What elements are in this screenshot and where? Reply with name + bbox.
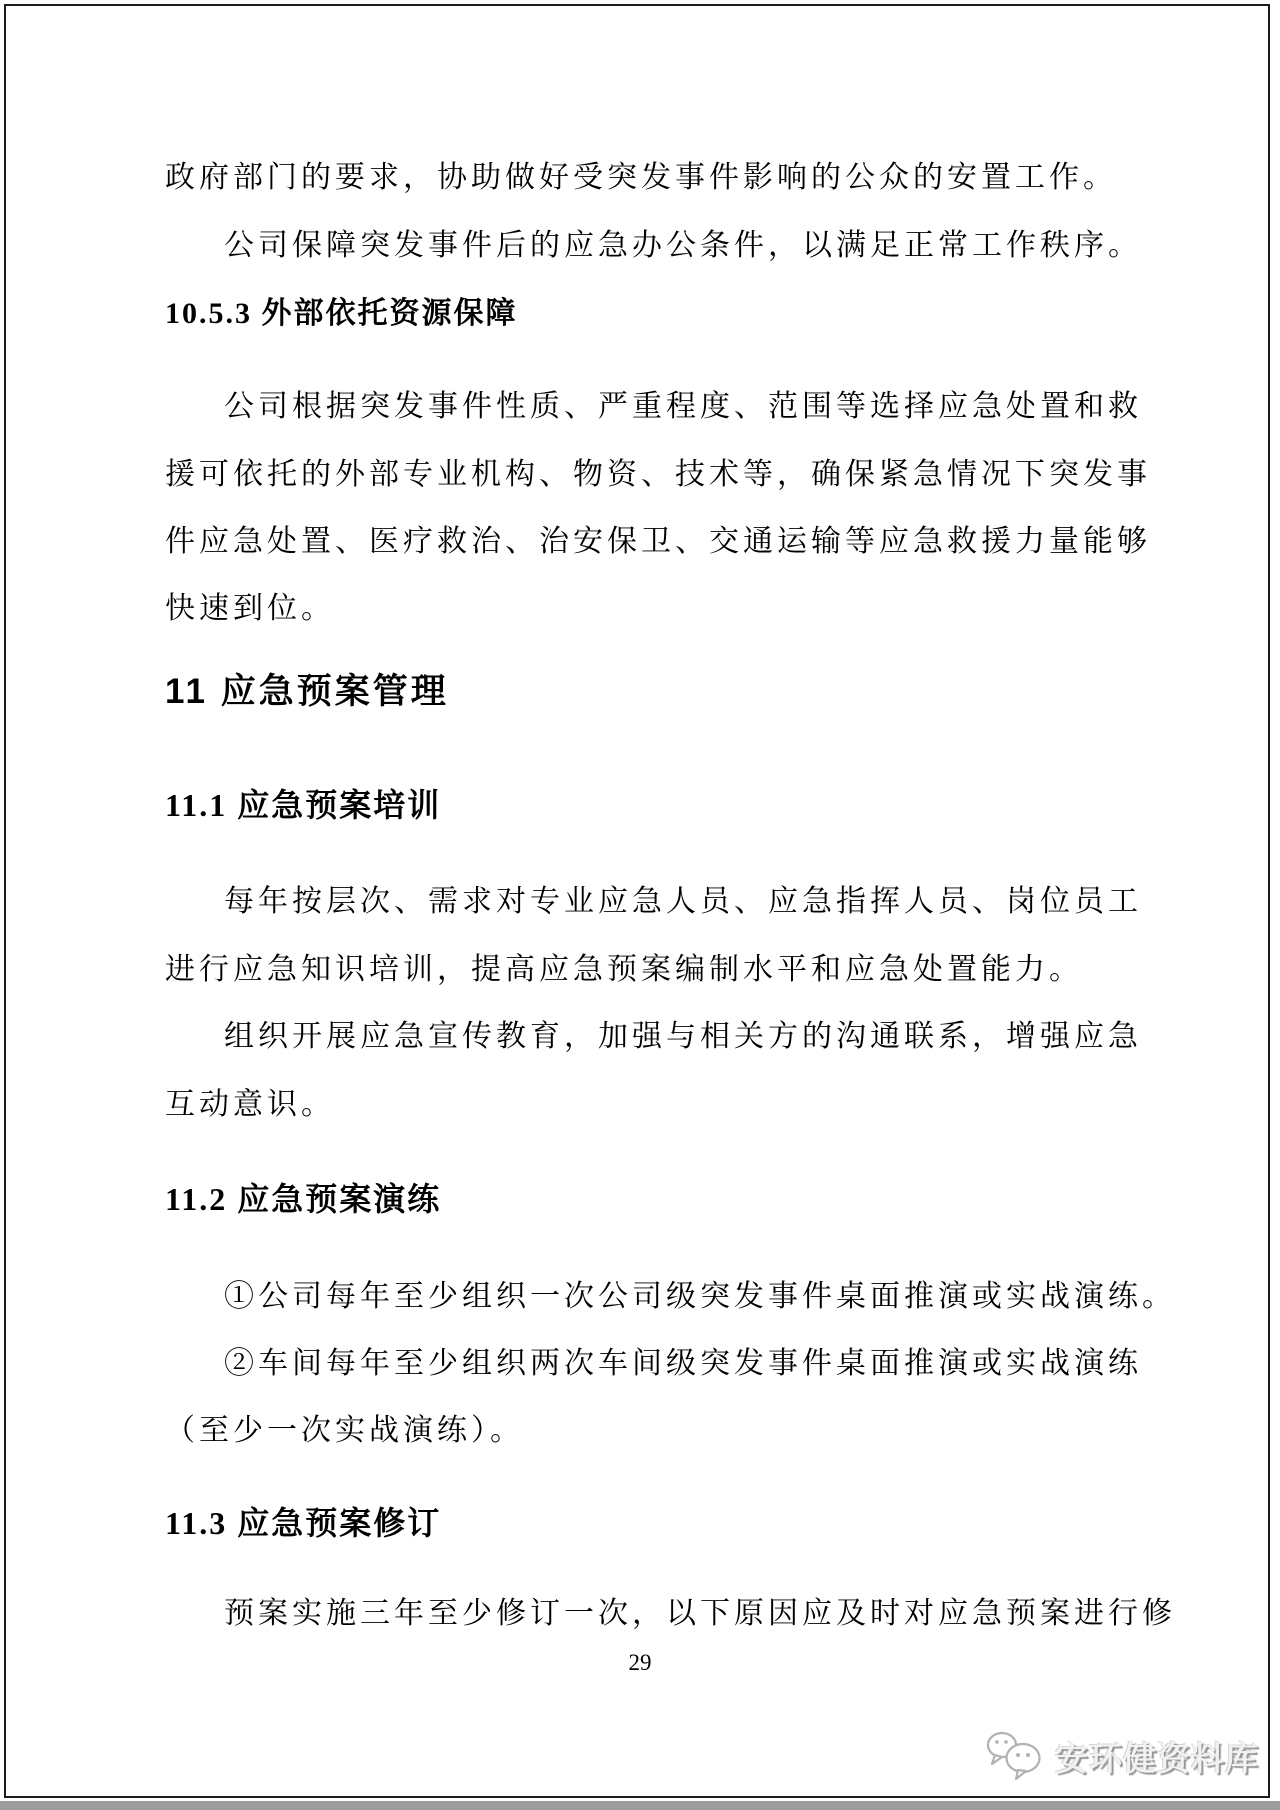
watermark-logo: 安环健资料库: [985, 1730, 1259, 1782]
body-line: 政府部门的要求，协助做好受突发事件影响的公众的安置工作。: [165, 158, 1175, 198]
watermark-text: 安环健资料库: [1055, 1733, 1259, 1780]
body-line: （至少一次实战演练）。: [165, 1411, 1175, 1451]
body-line: 互动意识。: [165, 1085, 1175, 1125]
body-line: 组织开展应急宣传教育，加强与相关方的沟通联系，增强应急: [165, 1017, 1234, 1057]
body-line: 快速到位。: [165, 589, 1175, 629]
body-line: 预案实施三年至少修订一次，以下原因应及时对应急预案进行修: [165, 1594, 1234, 1634]
wechat-chat-bubbles-icon: [985, 1730, 1047, 1782]
body-line: 公司保障突发事件后的应急办公条件，以满足正常工作秩序。: [165, 226, 1234, 266]
bottom-gray-strip: [0, 1801, 1280, 1810]
body-line: 援可依托的外部专业机构、物资、技术等，确保紧急情况下突发事: [165, 455, 1175, 495]
page-number: 29: [0, 1650, 1280, 1676]
heading-11-3: 11.3 应急预案修订: [165, 1502, 1175, 1544]
body-line: 进行应急知识培训，提高应急预案编制水平和应急处置能力。: [165, 950, 1175, 990]
heading-11-1: 11.1 应急预案培训: [165, 784, 1175, 826]
body-line: 件应急处置、医疗救治、治安保卫、交通运输等应急救援力量能够: [165, 522, 1175, 562]
body-line: ②车间每年至少组织两次车间级突发事件桌面推演或实战演练: [165, 1344, 1234, 1384]
body-line: 每年按层次、需求对专业应急人员、应急指挥人员、岗位员工: [165, 882, 1234, 922]
heading-chapter-11: 11 应急预案管理: [165, 670, 1175, 714]
body-line: 公司根据突发事件性质、严重程度、范围等选择应急处置和救: [165, 387, 1234, 427]
document-page: { "content": { "lines": [ {"text": "政府部门…: [0, 0, 1280, 1810]
heading-10-5-3: 10.5.3 外部依托资源保障: [165, 294, 1175, 334]
heading-11-2: 11.2 应急预案演练: [165, 1178, 1175, 1220]
body-line: ①公司每年至少组织一次公司级突发事件桌面推演或实战演练。: [165, 1277, 1234, 1317]
